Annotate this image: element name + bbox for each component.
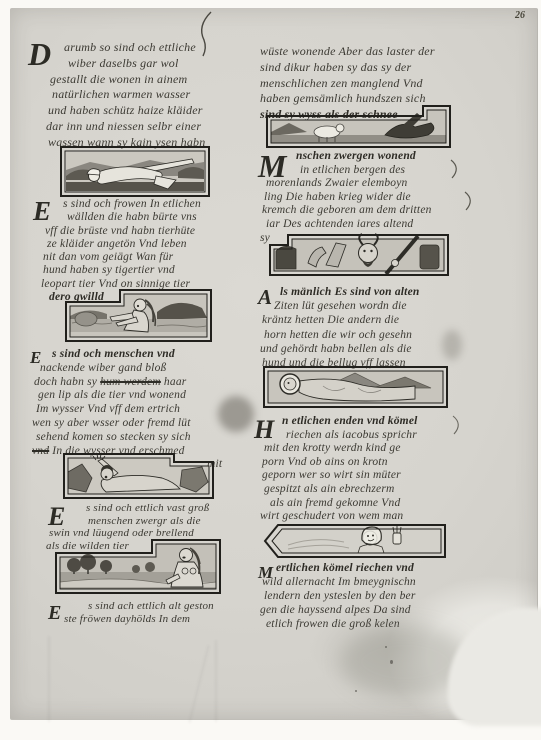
margin-flourish-icon [448,158,464,180]
ink-speck [385,646,387,648]
text-line: sind dikur haben sy das sy der [260,60,435,76]
text-line: s sind och ettlich vast groß [86,502,209,515]
text-line: Im wysser Vnd vff dem ertrich [36,403,222,417]
miniature-two-creatures [265,104,452,149]
miniature-veiled-woman [262,523,447,559]
text-line: gen lip als die tier vnd wonend [38,389,222,403]
paragraph-right-3: A ls mänlich Es sind von alten Ziten lüt… [258,285,419,370]
parchment-crease [188,645,209,723]
miniature-reclining-man [60,146,210,197]
text-line: horn hetten die wir och gesehn [264,328,419,342]
margin-flourish-icon [450,414,466,436]
parchment-crease [215,640,217,722]
text-line: gespitzt als ain ebrechzerm [264,483,418,497]
text-line: menschlichen zen manglend Vnd [260,76,435,92]
text-line: mit den krotty werdn kind ge [264,442,418,456]
illuminated-initial: M [258,148,286,185]
miniature-woman-swimming [62,288,215,345]
text-line: geporn wer so wirt sin müter [262,469,418,483]
text-line: wällden die habn bürte vns [67,211,201,224]
miniature-man-among-rocks-svg [62,452,215,500]
text-line: arumb so sind och ettliche [64,40,205,56]
ink-speck [355,690,357,692]
text-line: kräntz hetten Die andern die [262,313,419,327]
text-line: morenlands Zwaier elemboyn [266,177,432,191]
miniature-man-among-rocks [62,452,215,500]
text-line: dar inn und niessen selbr einer [46,119,205,135]
text-line: doch habn sy hum werdem haar [34,376,222,390]
text-line: wiber daselbs gar wol [68,56,205,72]
text-line: in etlichen bergen des [300,164,432,178]
text-line: riechen als iacobus sprichr [286,429,418,443]
miniature-two-creatures-svg [265,104,452,149]
text-line: wild allernacht Im bmeygnischn [262,575,416,589]
text-line: lendern den ysteslen by den ber [264,589,416,603]
text-line: wüste wonende Aber das laster der [260,44,435,60]
margin-flourish-icon [462,190,478,212]
ink-speck [390,660,393,664]
miniature-veiled-woman-svg [262,523,447,559]
text-line: ls mänlich Es sind von alten [280,285,419,299]
miniature-woman-swimming-svg [62,288,215,345]
paragraph-right-2: M nschen zwergen wonend in etlichen berg… [258,150,432,245]
illuminated-initial: E [30,348,41,368]
paragraph-left-5: E s sind ach ettlich alt geston ste fröw… [48,600,214,626]
paragraph-right-4: H n etlichen enden vnd kömel riechen als… [256,415,418,524]
text-line: gen die hayssend alpes Da sind [260,603,416,617]
text-line: vff die brüste vnd habn tierhüte [45,225,201,238]
crossed-out-text: vnd [32,445,49,457]
paragraph-left-1: D arumb so sind och ettliche wiber dasel… [38,40,205,151]
ink-smudge [218,396,254,432]
text-line: und haben schütz haize kläider [48,103,205,119]
miniature-sleeping-figure-svg [263,366,448,408]
text-line: nschen zwergen wonend [296,150,432,164]
miniature-sleeping-figure [263,366,448,408]
illuminated-initial: D [28,36,51,73]
miniature-horned-man [268,233,450,277]
text-line: n etlichen enden vnd kömel [282,415,418,429]
illuminated-initial: E [48,502,65,532]
text-line: s sind ach ettlich alt geston [88,600,214,613]
text-line: Ziten lüt gesehen wordn die [274,299,419,313]
paragraph-right-5: M ertlichen kömel riechen vnd wild aller… [258,561,416,631]
text-line: s sind och frowen In etlichen [63,198,201,211]
text-line: ze kläider angetön Vnd leben [47,238,201,251]
miniature-horned-man-svg [268,233,450,277]
text-line: menschen zwergr als die [88,515,209,528]
illuminated-initial: M [258,563,273,583]
text-line: natürlichen warmen wasser [52,87,205,103]
text-line: kremch die geboren am dem dritten [262,204,432,218]
illuminated-initial: E [48,602,61,625]
text-line: iar Des achtenden iares altend [266,218,432,232]
text-line: nackende wiber gand bloß [40,362,222,376]
illuminated-initial: H [254,415,274,445]
text-line: als ain fremd gekomne Vnd [270,497,418,511]
text-line: wen sy aber wsser oder fremd lüt [32,417,222,431]
text-line: gestallt die wonen in ainem [50,72,205,88]
light-stain [448,608,541,726]
text-line: porn Vnd ob ains on krotn [262,456,418,470]
text-line: ste fröwen dayhölds In dem [64,613,214,626]
text-line: hund haben sy tigertier vnd [43,264,201,277]
illuminated-initial: E [33,196,51,227]
manuscript-page: 26 D arumb so sind och ettliche wiber da… [10,8,538,720]
text-line: s sind och menschen vnd [52,348,222,362]
text-line: ertlichen kömel riechen vnd [276,561,416,575]
manuscript-photo: 26 D arumb so sind och ettliche wiber da… [0,0,541,740]
miniature-landscape-with-woman-svg [54,538,222,595]
text-line: ling Die haben krieg wider die [264,191,432,205]
illuminated-initial: A [258,285,272,310]
parchment-crease [48,636,50,722]
text-line: und gehördt habn bellen als die [260,342,419,356]
stain [442,330,462,360]
text-line: nit dan vom geiägt Wan für [43,251,201,264]
crossed-out-text: hum werdem [100,376,161,388]
text-line: sehend komen so stecken sy sich [36,431,222,445]
folio-number: 26 [515,10,525,21]
miniature-landscape-with-woman [54,538,222,595]
miniature-reclining-man-svg [60,146,210,197]
text-line: wirt geschudert von wem man [260,510,418,524]
